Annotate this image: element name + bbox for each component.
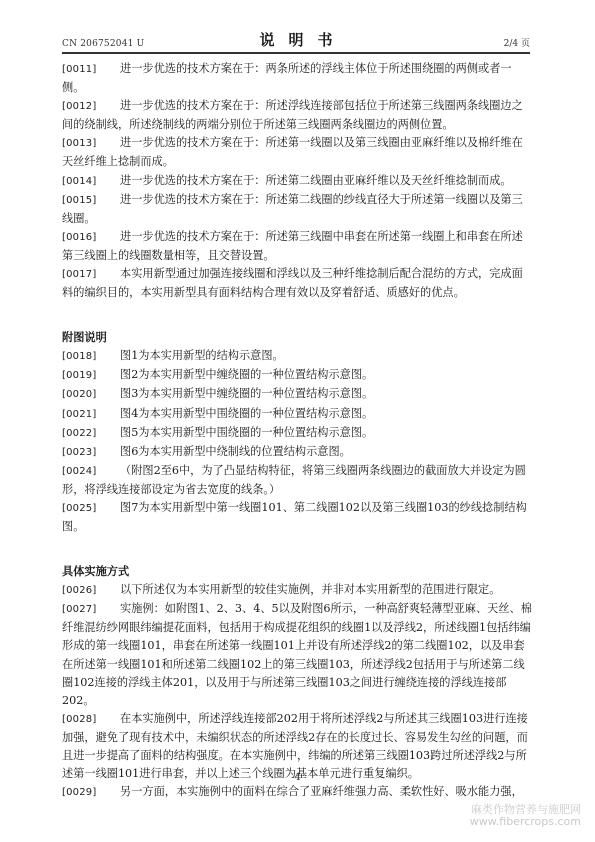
- paragraph-text: 进一步优选的技术方案在于：所述浮线连接部包括位于所述第三线圈两条线圈边之间的绕制…: [62, 99, 523, 131]
- paragraph-text: 进一步优选的技术方案在于：两条所述的浮线主体位于所述围绕圈的两侧或者一侧。: [62, 62, 512, 94]
- paragraph: [0019]图2为本实用新型中缠绕圈的一种位置结构示意图。: [62, 366, 532, 385]
- paragraph-number: [0023]: [62, 444, 120, 462]
- page-number: 4: [0, 772, 595, 783]
- paragraph: [0021]图4为本实用新型中围绕圈的一种位置结构示意图。: [62, 405, 532, 424]
- watermark-line2: www.fibercrops.com: [470, 816, 581, 828]
- paragraph-text: 以下所述仅为本实用新型的较佳实施例，并非对本实用新型的范围进行限定。: [120, 583, 500, 596]
- watermark: 麻类作物营养与施肥网 www.fibercrops.com: [470, 804, 581, 828]
- paragraph-number: [0017]: [62, 266, 120, 284]
- paragraph-number: [0027]: [62, 601, 120, 619]
- paragraph-number: [0029]: [62, 784, 120, 802]
- paragraph: [0013]进一步优选的技术方案在于：所述第一线圈以及第三线圈由亚麻纤维以及棉纤…: [62, 134, 532, 171]
- paragraph-text: 另一方面，本实施例中的面料在综合了亚麻纤维强力高、柔软性好、吸水能力强，: [120, 785, 523, 798]
- page-title: 说明书: [62, 29, 530, 50]
- spacer: [62, 302, 532, 311]
- paragraph-number: [0015]: [62, 192, 120, 210]
- paragraph-text: 图4为本实用新型中围绕圈的一种位置结构示意图。: [120, 407, 373, 420]
- document-body: [0011]进一步优选的技术方案在于：两条所述的浮线主体位于所述围绕圈的两侧或者…: [62, 60, 532, 802]
- paragraph-text: 图3为本实用新型中缠绕圈的一种位置结构示意图。: [120, 387, 373, 400]
- paragraph-text: 图2为本实用新型中缠绕圈的一种位置结构示意图。: [120, 368, 373, 381]
- paragraph: [0026]以下所述仅为本实用新型的较佳实施例，并非对本实用新型的范围进行限定。: [62, 581, 532, 600]
- page-indicator: 2/4 页: [504, 36, 530, 49]
- paragraph-text: 进一步优选的技术方案在于：所述第二线圈由亚麻纤维以及天丝纤维捻制而成。: [120, 174, 512, 187]
- paragraph: [0025]图7为本实用新型中第一线圈101、第二线圈102以及第三线圈103的…: [62, 499, 532, 536]
- paragraph: [0014]进一步优选的技术方案在于：所述第二线圈由亚麻纤维以及天丝纤维捻制而成…: [62, 172, 532, 191]
- paragraph-number: [0028]: [62, 711, 120, 729]
- paragraph-number: [0016]: [62, 229, 120, 247]
- paragraph-text: 图7为本实用新型中第一线圈101、第二线圈102以及第三线圈103的纱线捻制结构…: [62, 501, 527, 533]
- paragraph-number: [0013]: [62, 135, 120, 153]
- paragraph: [0016]进一步优选的技术方案在于：所述第三线圈中串套在所述第一线圈上和串套在…: [62, 228, 532, 265]
- paragraph: [0027]实施例：如附图1、2、3、4、5以及附图6所示，一种高舒爽轻薄型亚麻…: [62, 600, 532, 710]
- paragraph-number: [0012]: [62, 98, 120, 116]
- paragraph-text: 图5为本实用新型中围绕圈的一种位置结构示意图。: [120, 426, 373, 439]
- paragraph-number: [0011]: [62, 61, 120, 79]
- paragraph-text: 进一步优选的技术方案在于：所述第三线圈中串套在所述第一线圈上和串套在所述第三线圈…: [62, 230, 523, 262]
- paragraph: [0023]图6为本实用新型中绕制线的位置结构示意图。: [62, 443, 532, 462]
- paragraph-number: [0020]: [62, 386, 120, 404]
- paragraph-number: [0018]: [62, 348, 120, 366]
- paragraph-number: [0021]: [62, 406, 120, 424]
- paragraph: [0024]（附图2至6中，为了凸显结构特征，将第三线圈两条线圈边的截面放大并设…: [62, 462, 532, 499]
- paragraph: [0017]本实用新型通过加强连接线圈和浮线以及三种纤维捻制后配合混纺的方式，完…: [62, 265, 532, 302]
- paragraph: [0029]另一方面，本实施例中的面料在综合了亚麻纤维强力高、柔软性好、吸水能力…: [62, 783, 532, 802]
- paragraph-group-claims: [0011]进一步优选的技术方案在于：两条所述的浮线主体位于所述围绕圈的两侧或者…: [62, 60, 532, 302]
- section-heading-embodiment: 具体实施方式: [62, 563, 532, 581]
- paragraph-number: [0024]: [62, 463, 120, 481]
- document-header: CN 206752041 U 说明书 2/4 页: [62, 30, 530, 52]
- paragraph: [0015]进一步优选的技术方案在于：所述第二线圈的纱线直径大于所述第一线圈以及…: [62, 191, 532, 228]
- paragraph-text: （附图2至6中，为了凸显结构特征，将第三线圈两条线圈边的截面放大并设定为圆形，将…: [62, 464, 526, 496]
- section-heading-figures: 附图说明: [62, 329, 532, 347]
- paragraph: [0018]图1为本实用新型的结构示意图。: [62, 347, 532, 366]
- paragraph-number: [0014]: [62, 173, 120, 191]
- header-rule: [62, 52, 530, 54]
- paragraph-number: [0025]: [62, 500, 120, 518]
- paragraph-text: 图6为本实用新型中绕制线的位置结构示意图。: [120, 445, 351, 458]
- paragraph-group-embodiment: [0026]以下所述仅为本实用新型的较佳实施例，并非对本实用新型的范围进行限定。…: [62, 581, 532, 802]
- paragraph-text: 实施例：如附图1、2、3、4、5以及附图6所示，一种高舒爽轻薄型亚麻、天丝、棉纤…: [62, 602, 532, 706]
- paragraph-text: 在本实施例中，所述浮线连接部202用于将所述浮线2与所述其三线圈103进行连接加…: [62, 712, 528, 780]
- paragraph: [0012]进一步优选的技术方案在于：所述浮线连接部包括位于所述第三线圈两条线圈…: [62, 97, 532, 134]
- paragraph: [0020]图3为本实用新型中缠绕圈的一种位置结构示意图。: [62, 385, 532, 404]
- paragraph-text: 本实用新型通过加强连接线圈和浮线以及三种纤维捻制后配合混纺的方式，完成面料的编织…: [62, 267, 523, 299]
- paragraph-text: 图1为本实用新型的结构示意图。: [120, 349, 284, 362]
- paragraph: [0022]图5为本实用新型中围绕圈的一种位置结构示意图。: [62, 424, 532, 443]
- paragraph-text: 进一步优选的技术方案在于：所述第二线圈的纱线直径大于所述第一线圈以及第三线圈。: [62, 193, 523, 225]
- paragraph-number: [0022]: [62, 425, 120, 443]
- paragraph: [0011]进一步优选的技术方案在于：两条所述的浮线主体位于所述围绕圈的两侧或者…: [62, 60, 532, 97]
- paragraph-text: 进一步优选的技术方案在于：所述第一线圈以及第三线圈由亚麻纤维以及棉纤维在天丝纤维…: [62, 136, 523, 168]
- spacer: [62, 536, 532, 545]
- paragraph-number: [0019]: [62, 367, 120, 385]
- paragraph-number: [0026]: [62, 582, 120, 600]
- paragraph-group-figures: [0018]图1为本实用新型的结构示意图。[0019]图2为本实用新型中缠绕圈的…: [62, 347, 532, 536]
